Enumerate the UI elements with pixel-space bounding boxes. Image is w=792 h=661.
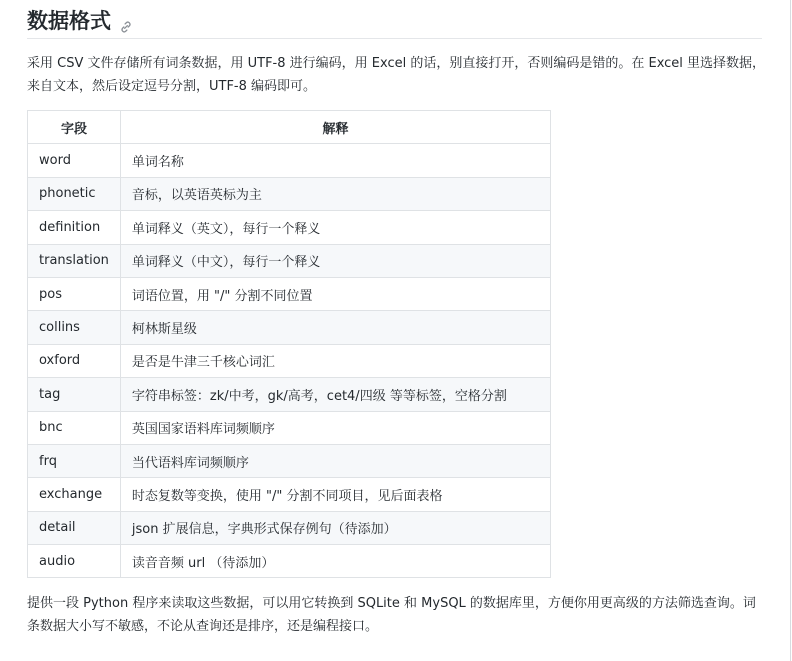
field-name: definition [28, 211, 121, 244]
field-desc: 单词释义（中文），每行一个释义 [120, 244, 550, 277]
field-name: tag [28, 378, 121, 411]
field-desc: 当代语料库词频顺序 [120, 444, 550, 477]
field-desc: 词语位置，用 "/" 分割不同位置 [120, 277, 550, 310]
table-row: tag字符串标签：zk/中考，gk/高考，cet4/四级 等等标签，空格分割 [28, 378, 551, 411]
table-row: audio读音音频 url （待添加） [28, 545, 551, 578]
field-table: 字段 解释 word单词名称 phonetic音标，以英语英标为主 defini… [27, 110, 551, 578]
field-name: detail [28, 511, 121, 544]
field-name: translation [28, 244, 121, 277]
table-header-row: 字段 解释 [28, 111, 551, 144]
field-desc: json 扩展信息，字典形式保存例句（待添加） [120, 511, 550, 544]
field-name: audio [28, 545, 121, 578]
readme-section: 数据格式 采用 CSV 文件存储所有词条数据，用 UTF-8 进行编码，用 Ex… [27, 0, 762, 39]
table-row: frq当代语料库词频顺序 [28, 444, 551, 477]
table-row: translation单词释义（中文），每行一个释义 [28, 244, 551, 277]
table-row: phonetic音标，以英语英标为主 [28, 177, 551, 210]
field-name: frq [28, 444, 121, 477]
field-desc: 单词名称 [120, 144, 550, 177]
field-name: word [28, 144, 121, 177]
table-row: collins柯林斯星级 [28, 311, 551, 344]
header-field: 字段 [28, 111, 121, 144]
field-desc: 单词释义（英文），每行一个释义 [120, 211, 550, 244]
table-row: oxford是否是牛津三千核心词汇 [28, 344, 551, 377]
field-desc: 英国国家语料库词频顺序 [120, 411, 550, 444]
table-row: word单词名称 [28, 144, 551, 177]
page-edge-border [790, 0, 791, 661]
table-row: definition单词释义（英文），每行一个释义 [28, 211, 551, 244]
field-desc: 字符串标签：zk/中考，gk/高考，cet4/四级 等等标签，空格分割 [120, 378, 550, 411]
field-name: bnc [28, 411, 121, 444]
table-row: pos词语位置，用 "/" 分割不同位置 [28, 277, 551, 310]
field-name: phonetic [28, 177, 121, 210]
section-title: 数据格式 [27, 8, 111, 34]
intro-paragraph: 采用 CSV 文件存储所有词条数据，用 UTF-8 进行编码，用 Excel 的… [27, 52, 767, 98]
field-desc: 读音音频 url （待添加） [120, 545, 550, 578]
section-heading: 数据格式 [27, 0, 762, 39]
field-name: collins [28, 311, 121, 344]
table-row: detailjson 扩展信息，字典形式保存例句（待添加） [28, 511, 551, 544]
field-desc: 音标，以英语英标为主 [120, 177, 550, 210]
field-desc: 是否是牛津三千核心词汇 [120, 344, 550, 377]
table-row: exchange时态复数等变换，使用 "/" 分割不同项目，见后面表格 [28, 478, 551, 511]
field-name: pos [28, 277, 121, 310]
field-desc: 时态复数等变换，使用 "/" 分割不同项目，见后面表格 [120, 478, 550, 511]
field-name: exchange [28, 478, 121, 511]
anchor-link-icon[interactable] [119, 14, 133, 28]
table-row: bnc英国国家语料库词频顺序 [28, 411, 551, 444]
field-desc: 柯林斯星级 [120, 311, 550, 344]
header-desc: 解释 [120, 111, 550, 144]
field-name: oxford [28, 344, 121, 377]
closing-paragraph: 提供一段 Python 程序来读取这些数据，可以用它转换到 SQLite 和 M… [27, 592, 767, 638]
